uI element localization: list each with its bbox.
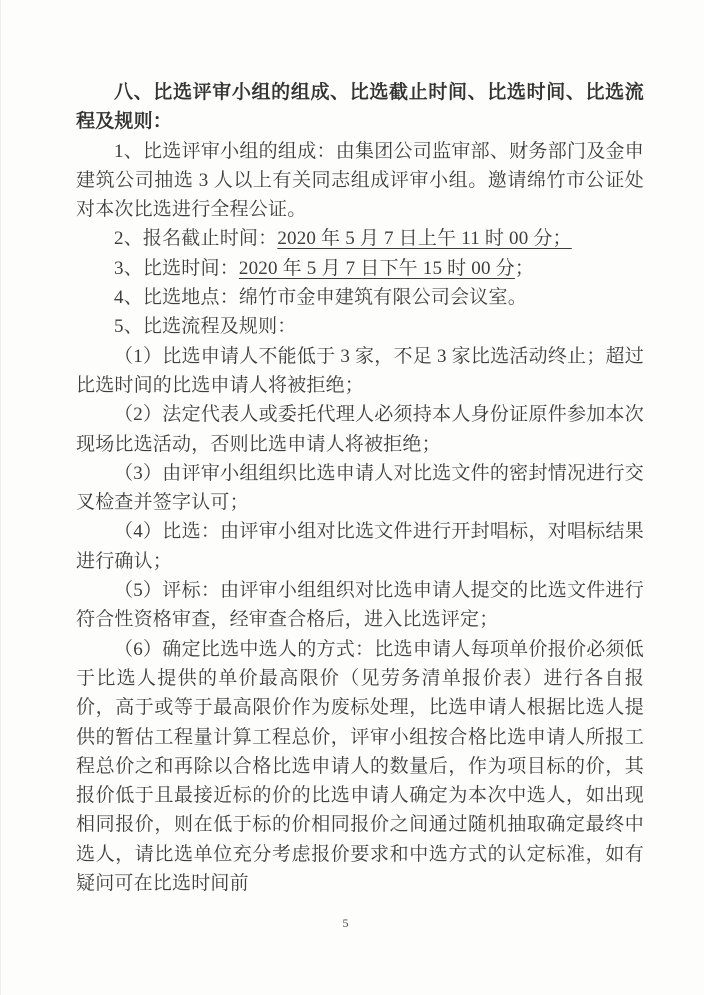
underlined-date-text: 2020 年 5 月 7 日下午 15 时 00 分 <box>239 258 515 279</box>
document-body: 1、比选评审小组的组成：由集团公司监审部、财务部门及金申建筑公司抽选 3 人以上… <box>76 137 644 899</box>
paragraph-text: （2）法定代表人或委托代理人必须持本人身份证原件参加本次现场比选活动，否则比选申… <box>76 404 644 454</box>
paragraph: 5、比选流程及规则： <box>76 312 644 341</box>
underlined-date-text: 2020 年 5 月 7 日上午 11 时 00 分； <box>277 228 571 249</box>
document-page: 八、比选评审小组的组成、比选截止时间、比选时间、比选流程及规则： 1、比选评审小… <box>0 0 704 995</box>
paragraph: 3、比选时间：2020 年 5 月 7 日下午 15 时 00 分； <box>76 254 644 283</box>
paragraph: （3）由评审小组组织比选申请人对比选文件的密封情况进行交叉检查并签字认可； <box>76 459 644 518</box>
paragraph: （1）比选申请人不能低于 3 家，不足 3 家比选活动终止；超过比选时间的比选申… <box>76 342 644 401</box>
paragraph-text: 3、比选时间： <box>114 258 239 279</box>
paragraph: （4）比选：由评审小组对比选文件进行开封唱标，对唱标结果进行确认； <box>76 517 644 576</box>
paragraph: （2）法定代表人或委托代理人必须持本人身份证原件参加本次现场比选活动，否则比选申… <box>76 400 644 459</box>
paragraph-text: 5、比选流程及规则： <box>114 316 297 337</box>
section-heading: 八、比选评审小组的组成、比选截止时间、比选时间、比选流程及规则： <box>76 78 644 137</box>
paragraph-text: 4、比选地点：绵竹市金申建筑有限公司会议室。 <box>114 287 527 308</box>
paragraph-text: ； <box>515 258 534 279</box>
paragraph: （6）确定比选中选人的方式：比选申请人每项单价报价必须低于比选人提供的单价最高限… <box>76 635 644 899</box>
paragraph: （5）评标：由评审小组组织对比选申请人提交的比选文件进行符合性资格审查，经审查合… <box>76 576 644 635</box>
paragraph-text: （4）比选：由评审小组对比选文件进行开封唱标，对唱标结果进行确认； <box>76 521 644 571</box>
paragraph-text: （1）比选申请人不能低于 3 家，不足 3 家比选活动终止；超过比选时间的比选申… <box>76 346 644 396</box>
paragraph-text: （5）评标：由评审小组组织对比选申请人提交的比选文件进行符合性资格审查，经审查合… <box>76 580 644 630</box>
paragraph: 4、比选地点：绵竹市金申建筑有限公司会议室。 <box>76 283 644 312</box>
paragraph: 2、报名截止时间：2020 年 5 月 7 日上午 11 时 00 分； <box>76 224 644 253</box>
page-number: 5 <box>1 916 690 931</box>
paragraph-text: （6）确定比选中选人的方式：比选申请人每项单价报价必须低于比选人提供的单价最高限… <box>76 639 644 894</box>
paragraph-text: 1、比选评审小组的组成：由集团公司监审部、财务部门及金申建筑公司抽选 3 人以上… <box>76 141 644 221</box>
paragraph: 1、比选评审小组的组成：由集团公司监审部、财务部门及金申建筑公司抽选 3 人以上… <box>76 137 644 225</box>
document-content: 八、比选评审小组的组成、比选截止时间、比选时间、比选流程及规则： 1、比选评审小… <box>76 78 644 898</box>
paragraph-text: （3）由评审小组组织比选申请人对比选文件的密封情况进行交叉检查并签字认可； <box>76 463 644 513</box>
paragraph-text: 2、报名截止时间： <box>114 228 277 249</box>
